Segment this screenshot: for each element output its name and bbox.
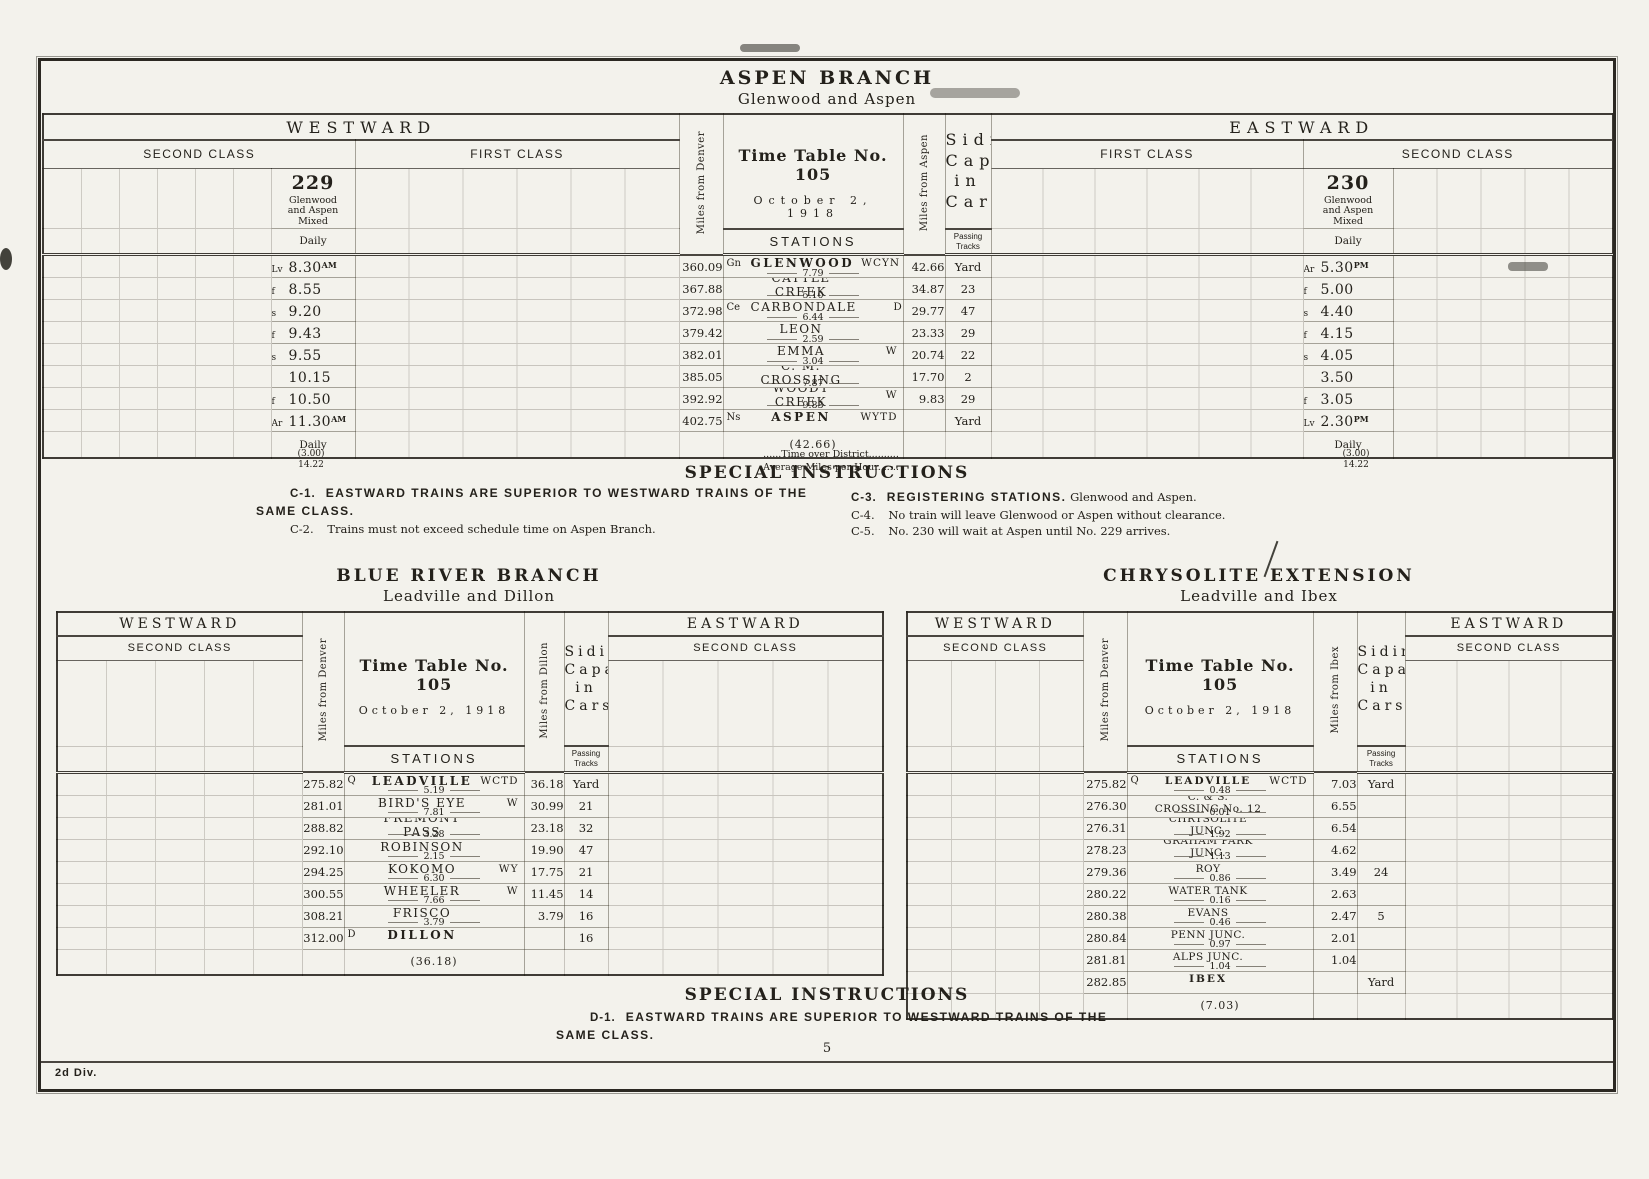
passing-tracks-label: Passing Tracks [945, 229, 991, 255]
aspen-branch-heading: ASPEN BRANCH Glenwood and Aspen [41, 67, 1613, 108]
stations-header: STATIONS [344, 746, 524, 772]
passing-track: 47 [945, 300, 991, 322]
miles-from-denver: 308.21 [302, 905, 344, 927]
passing-track: 29 [945, 322, 991, 344]
blue-river-timetable: WESTWARD Miles from Denver Time Table No… [56, 611, 884, 976]
miles-from-denver: 379.42 [679, 322, 723, 344]
station-row: 280.84 PENN JUNC. 0.97 2.01 [907, 927, 1613, 949]
footer-rule [41, 1061, 1613, 1063]
westward-time: f9.43 [271, 322, 355, 344]
eastward-band: EASTWARD [991, 114, 1613, 140]
station-cell: ROBINSON 2.15 [344, 839, 524, 861]
station-row: 300.55 WHEELERW 7.66 11.45 14 [57, 883, 883, 905]
blue-river-heading: BLUE RIVER BRANCH Leadville and Dillon [56, 566, 882, 605]
eastward-band: EASTWARD [608, 612, 883, 636]
station-row: 10.15 385.05 C. M. CROSSING 7.87 17.70 2… [43, 366, 1613, 388]
chrysolite-subtitle: Leadville and Ibex [906, 587, 1612, 605]
miles-from-denver: 292.10 [302, 839, 344, 861]
passing-tracks-label: Passing Tracks [564, 746, 608, 772]
chrysolite-title: CHRYSOLITE EXTENSION [906, 566, 1612, 586]
passing-track: Yard [1357, 772, 1405, 795]
passing-track: 14 [564, 883, 608, 905]
timetable-date: October 2, 1918 [724, 184, 903, 220]
passing-track: 5 [1357, 905, 1405, 927]
eastward-time: 3.50 [1303, 366, 1393, 388]
second-class-header: SECOND CLASS [57, 636, 302, 660]
station-cell: NsASPENWYTD [723, 410, 903, 432]
stations-header: STATIONS [723, 229, 903, 255]
district-total-miles: (36.18) [344, 949, 524, 975]
eastward-time: Lv2.30PM [1303, 410, 1393, 432]
stations-header: STATIONS [1127, 746, 1313, 772]
station-cell: GnGLENWOODWCYN 7.79 [723, 255, 903, 278]
miles-from-denver: 372.98 [679, 300, 723, 322]
miles-from-denver: 382.01 [679, 344, 723, 366]
station-cell: C. & S. CROSSING No. 12 0.01 [1127, 795, 1313, 817]
passing-track: 47 [564, 839, 608, 861]
miles-from-denver: 281.81 [1083, 949, 1127, 971]
miles-from-denver: 392.92 [679, 388, 723, 410]
station-row: f9.43 379.42 LEON 2.59 23.33 29 f4.15 [43, 322, 1613, 344]
miles-from-denver: 312.00 [302, 927, 344, 949]
miles-from-dillon-label: Miles from Dillon [524, 612, 564, 772]
station-cell: WOODY CREEKW 9.83 [723, 388, 903, 410]
miles-from-ibex: 6.55 [1313, 795, 1357, 817]
passing-track [1357, 839, 1405, 861]
timetable-header: Time Table No. 105 October 2, 1918 [344, 612, 524, 746]
station-cell: GRAHAM PARK JUNC. 1.13 [1127, 839, 1313, 861]
miles-from-denver: 280.84 [1083, 927, 1127, 949]
passing-track [1357, 883, 1405, 905]
passing-tracks-label: Passing Tracks [1357, 746, 1405, 772]
miles-from-denver: 278.23 [1083, 839, 1127, 861]
miles-from-denver: 402.75 [679, 410, 723, 432]
miles-from-aspen: 23.33 [903, 322, 945, 344]
station-row: 275.82 QLEADVILLEWCTD 0.48 7.03 Yard [907, 772, 1613, 795]
westward-time: s9.20 [271, 300, 355, 322]
westward-band: WESTWARD [907, 612, 1083, 636]
station-cell: EMMAW 3.04 [723, 344, 903, 366]
station-cell: EVANS 0.46 [1127, 905, 1313, 927]
blue-river-title: BLUE RIVER BRANCH [56, 566, 882, 586]
station-cell: BIRD'S EYEW 7.81 [344, 795, 524, 817]
miles-from-denver: 281.01 [302, 795, 344, 817]
station-cell: C. M. CROSSING 7.87 [723, 366, 903, 388]
second-class-header: SECOND CLASS [907, 636, 1083, 660]
station-cell: WATER TANK 0.16 [1127, 883, 1313, 905]
miles-from-aspen: 17.70 [903, 366, 945, 388]
eastward-time: s4.05 [1303, 344, 1393, 366]
instruction-item: C-1.EASTWARD TRAINS ARE SUPERIOR TO WEST… [256, 485, 831, 519]
station-row: 275.82 QLEADVILLEWCTD 5.19 36.18 Yard [57, 772, 883, 795]
westward-time: Ar11.30AM [271, 410, 355, 432]
siding-capacity-label: Siding Capacity in Cars [1357, 612, 1405, 746]
miles-from-denver: 360.09 [679, 255, 723, 278]
miles-from-dillon: 3.79 [524, 905, 564, 927]
miles-from-ibex: 6.54 [1313, 817, 1357, 839]
station-cell: FREMONT PASS 3.28 [344, 817, 524, 839]
station-row: 312.00 DDILLON 16 [57, 927, 883, 949]
ink-smudge [0, 248, 12, 270]
first-class-header: FIRST CLASS [991, 140, 1303, 168]
miles-from-ibex: 2.01 [1313, 927, 1357, 949]
miles-from-denver: 294.25 [302, 861, 344, 883]
special-instructions-heading: SPECIAL INSTRUCTIONS [41, 463, 1613, 483]
miles-from-dillon: 23.18 [524, 817, 564, 839]
train-230-header: 230 Glenwoodand AspenMixed [1303, 168, 1393, 229]
station-row: Lv8.30AM 360.09 GnGLENWOODWCYN 7.79 42.6… [43, 255, 1613, 278]
westward-band: WESTWARD [43, 114, 679, 140]
miles-from-denver-label: Miles from Denver [679, 114, 723, 255]
second-class-header: SECOND CLASS [43, 140, 355, 168]
special-instructions-bottom: D-1.EASTWARD TRAINS ARE SUPERIOR TO WEST… [556, 1009, 1136, 1045]
ink-smudge [740, 44, 800, 52]
station-cell: FRISCO 3.79 [344, 905, 524, 927]
station-row: 279.36 ROY 0.86 3.49 24 [907, 861, 1613, 883]
blue-river-rows: 275.82 QLEADVILLEWCTD 5.19 36.18 Yard 28… [57, 772, 883, 949]
train-229-header: 229 Glenwoodand AspenMixed [271, 168, 355, 229]
second-class-header: SECOND CLASS [1405, 636, 1613, 660]
miles-from-ibex: 2.63 [1313, 883, 1357, 905]
miles-from-dillon: 36.18 [524, 772, 564, 795]
miles-from-dillon: 19.90 [524, 839, 564, 861]
station-cell: QLEADVILLEWCTD 0.48 [1127, 772, 1313, 795]
second-class-header: SECOND CLASS [608, 636, 883, 660]
westward-time: f10.50 [271, 388, 355, 410]
miles-from-aspen: 34.87 [903, 278, 945, 300]
miles-from-denver: 288.82 [302, 817, 344, 839]
chrysolite-heading: CHRYSOLITE EXTENSION Leadville and Ibex [906, 566, 1612, 605]
special-instructions-left: C-1.EASTWARD TRAINS ARE SUPERIOR TO WEST… [256, 485, 831, 540]
miles-from-denver-label: Miles from Denver [1083, 612, 1127, 772]
station-cell: CeCARBONDALED 6.44 [723, 300, 903, 322]
miles-from-denver: 367.88 [679, 278, 723, 300]
miles-from-ibex: 7.03 [1313, 772, 1357, 795]
aspen-branch-title: ASPEN BRANCH [41, 67, 1613, 89]
passing-track: 29 [945, 388, 991, 410]
station-row: s9.55 382.01 EMMAW 3.04 20.74 22 s4.05 [43, 344, 1613, 366]
blue-river-subtitle: Leadville and Dillon [56, 587, 882, 605]
miles-from-denver: 385.05 [679, 366, 723, 388]
first-class-header: FIRST CLASS [355, 140, 679, 168]
aspen-branch-subtitle: Glenwood and Aspen [41, 90, 1613, 108]
miles-from-ibex: 2.47 [1313, 905, 1357, 927]
passing-track: 23 [945, 278, 991, 300]
miles-from-aspen-label: Miles from Aspen [903, 114, 945, 255]
passing-track: 24 [1357, 861, 1405, 883]
passing-track [1357, 817, 1405, 839]
miles-from-denver: 279.36 [1083, 861, 1127, 883]
miles-from-ibex-label: Miles from Ibex [1313, 612, 1357, 772]
siding-capacity-label: Siding Capacity in Cars [945, 114, 991, 229]
passing-track: 2 [945, 366, 991, 388]
miles-from-denver: 275.82 [1083, 772, 1127, 795]
miles-from-ibex: 4.62 [1313, 839, 1357, 861]
miles-from-dillon: 30.99 [524, 795, 564, 817]
miles-from-dillon [524, 927, 564, 949]
second-class-header: SECOND CLASS [1303, 140, 1613, 168]
eastward-time: f4.15 [1303, 322, 1393, 344]
miles-from-aspen: 42.66 [903, 255, 945, 278]
station-cell: ALPS JUNC. 1.04 [1127, 949, 1313, 971]
station-cell: ROY 0.86 [1127, 861, 1313, 883]
station-cell: LEON 2.59 [723, 322, 903, 344]
passing-track: 22 [945, 344, 991, 366]
instruction-item: C-3.REGISTERING STATIONS. Glenwood and A… [851, 489, 1451, 507]
eastward-time: f3.05 [1303, 388, 1393, 410]
daily-label: Daily [271, 229, 355, 255]
timetable-header: Time Table No. 105 October 2, 1918 [723, 114, 903, 229]
instruction-item: C-4. No train will leave Glenwood or Asp… [851, 507, 1451, 524]
station-row: 294.25 KOKOMOWY 6.30 17.75 21 [57, 861, 883, 883]
daily-label: Daily [1303, 229, 1393, 255]
totals-row: (36.18) [57, 949, 883, 975]
page-frame: ASPEN BRANCH Glenwood and Aspen WESTWARD… [38, 58, 1616, 1092]
station-cell: DDILLON [344, 927, 524, 949]
eastward-band: EASTWARD [1405, 612, 1613, 636]
miles-from-denver: 276.30 [1083, 795, 1127, 817]
station-cell: CATTLE CREEK 5.10 [723, 278, 903, 300]
chrysolite-timetable: WESTWARD Miles from Denver Time Table No… [906, 611, 1614, 1020]
passing-track: Yard [945, 255, 991, 278]
miles-from-dillon: 11.45 [524, 883, 564, 905]
instruction-item: D-1.EASTWARD TRAINS ARE SUPERIOR TO WEST… [556, 1009, 1136, 1043]
westward-band: WESTWARD [57, 612, 302, 636]
station-row: 280.22 WATER TANK 0.16 2.63 [907, 883, 1613, 905]
station-row: s9.20 372.98 CeCARBONDALED 6.44 29.77 47… [43, 300, 1613, 322]
page-number: 5 [41, 1041, 1613, 1056]
passing-track: 21 [564, 795, 608, 817]
passing-track [1357, 927, 1405, 949]
aspen-timetable: WESTWARD Miles from Denver Time Table No… [42, 113, 1614, 459]
passing-track: 21 [564, 861, 608, 883]
station-row: 288.82 FREMONT PASS 3.28 23.18 32 [57, 817, 883, 839]
eastward-time: f5.00 [1303, 278, 1393, 300]
miles-from-denver-label: Miles from Denver [302, 612, 344, 772]
timetable-header: Time Table No. 105 October 2, 1918 [1127, 612, 1313, 746]
scanned-page: ASPEN BRANCH Glenwood and Aspen WESTWARD… [0, 0, 1649, 1179]
westward-time: f8.55 [271, 278, 355, 300]
eastward-time: Ar5.30PM [1303, 255, 1393, 278]
eastward-time: s4.40 [1303, 300, 1393, 322]
station-row: f10.50 392.92 WOODY CREEKW 9.83 9.83 29 … [43, 388, 1613, 410]
station-row: 280.38 EVANS 0.46 2.47 5 [907, 905, 1613, 927]
instruction-item: C-5. No. 230 will wait at Aspen until No… [851, 523, 1451, 540]
special-instructions-heading: SPECIAL INSTRUCTIONS [41, 985, 1613, 1005]
chrysolite-rows: 275.82 QLEADVILLEWCTD 0.48 7.03 Yard 276… [907, 772, 1613, 993]
station-cell: CHRYSOLITE JUNC. 1.92 [1127, 817, 1313, 839]
station-row: 281.81 ALPS JUNC. 1.04 1.04 [907, 949, 1613, 971]
miles-from-denver: 276.31 [1083, 817, 1127, 839]
passing-track: 32 [564, 817, 608, 839]
westward-time: Lv8.30AM [271, 255, 355, 278]
miles-from-ibex: 3.49 [1313, 861, 1357, 883]
timetable-title: Time Table No. 105 [724, 122, 903, 184]
station-cell: PENN JUNC. 0.97 [1127, 927, 1313, 949]
station-cell: WHEELERW 7.66 [344, 883, 524, 905]
station-cell: KOKOMOWY 6.30 [344, 861, 524, 883]
miles-from-denver: 280.22 [1083, 883, 1127, 905]
miles-from-dillon: 17.75 [524, 861, 564, 883]
station-row: 276.30 C. & S. CROSSING No. 12 0.01 6.55 [907, 795, 1613, 817]
instruction-item: C-2. Trains must not exceed schedule tim… [256, 521, 831, 538]
miles-from-denver: 300.55 [302, 883, 344, 905]
passing-track: Yard [945, 410, 991, 432]
westward-time: s9.55 [271, 344, 355, 366]
passing-track [1357, 949, 1405, 971]
station-row: 292.10 ROBINSON 2.15 19.90 47 [57, 839, 883, 861]
station-row: 276.31 CHRYSOLITE JUNC. 1.92 6.54 [907, 817, 1613, 839]
station-cell: QLEADVILLEWCTD 5.19 [344, 772, 524, 795]
passing-track [1357, 795, 1405, 817]
special-instructions-right: C-3.REGISTERING STATIONS. Glenwood and A… [851, 489, 1451, 540]
miles-from-aspen: 9.83 [903, 388, 945, 410]
passing-track: 16 [564, 905, 608, 927]
siding-capacity-label: Siding Capacity in Cars [564, 612, 608, 746]
miles-from-ibex: 1.04 [1313, 949, 1357, 971]
division-label: 2d Div. [55, 1067, 97, 1079]
station-row: 281.01 BIRD'S EYEW 7.81 30.99 21 [57, 795, 883, 817]
miles-from-denver: 280.38 [1083, 905, 1127, 927]
miles-from-aspen [903, 410, 945, 432]
station-row: Ar11.30AM 402.75 NsASPENWYTD Yard Lv2.30… [43, 410, 1613, 432]
station-row: 278.23 GRAHAM PARK JUNC. 1.13 4.62 [907, 839, 1613, 861]
miles-from-aspen: 29.77 [903, 300, 945, 322]
aspen-station-rows: Lv8.30AM 360.09 GnGLENWOODWCYN 7.79 42.6… [43, 255, 1613, 432]
passing-track: Yard [564, 772, 608, 795]
miles-from-aspen: 20.74 [903, 344, 945, 366]
miles-from-denver: 275.82 [302, 772, 344, 795]
westward-time: 10.15 [271, 366, 355, 388]
station-row: 308.21 FRISCO 3.79 3.79 16 [57, 905, 883, 927]
station-row: f8.55 367.88 CATTLE CREEK 5.10 34.87 23 … [43, 278, 1613, 300]
passing-track: 16 [564, 927, 608, 949]
